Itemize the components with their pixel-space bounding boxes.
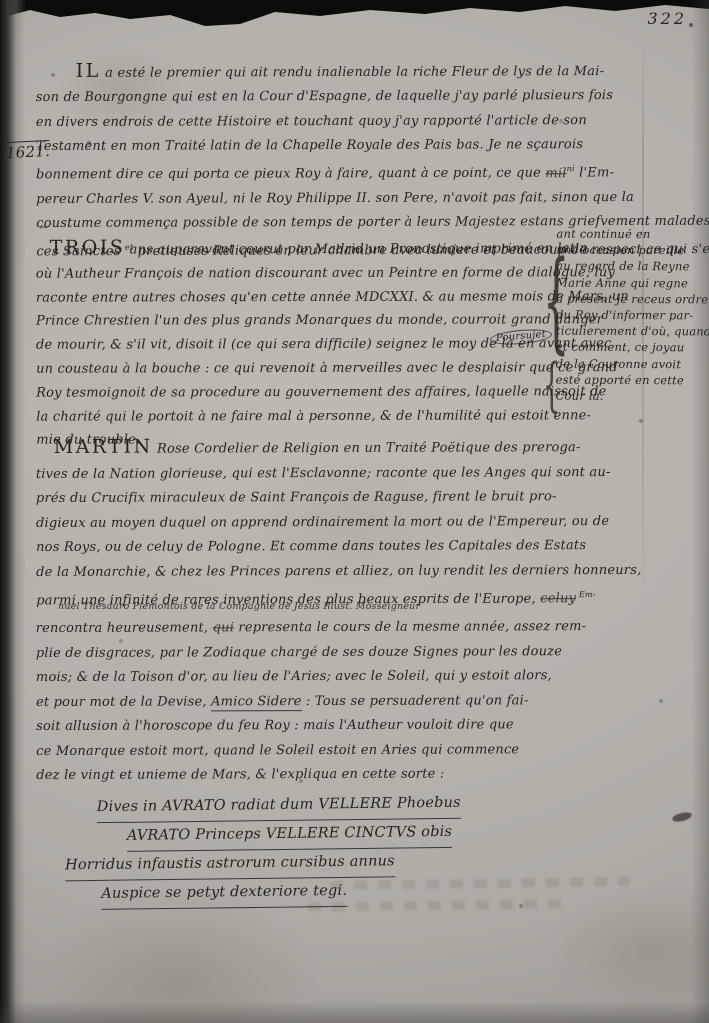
manuscript-line: un cousteau à la bouche : ce qui revenoi…: [36, 356, 560, 381]
manuscript-line: mois; & de la Toison d'or, au lieu de l'…: [36, 664, 621, 691]
margin-note-line: du Roy d'informer par-: [556, 307, 706, 324]
manuscript-line: TROIS ans auparavant courut par Madrid u…: [36, 235, 560, 262]
manuscript-line-text: a esté le premier qui ait rendu inaliena…: [101, 64, 604, 81]
manuscript-line: tives de la Nation glorieuse, qui est l'…: [36, 460, 621, 487]
manuscript-line: raconte entre autres choses qu'en cette …: [36, 285, 560, 310]
margin-note-line: une occasion pareille: [556, 242, 706, 259]
manuscript-line: soit allusion à l'horoscope du feu Roy :…: [36, 713, 621, 740]
manuscript-segment: l'Em-: [575, 166, 614, 181]
verse-line: Horridus infaustis astrorum cursibus ann…: [65, 849, 461, 881]
manuscript-segment: ni: [567, 164, 575, 173]
margin-note-line: au regard de la Reyne: [556, 258, 706, 275]
manuscript-line: rencontra heureusement, qui representa l…: [36, 615, 621, 642]
manuscript-segment: : Tous se persuaderent qu'on fai-: [302, 693, 529, 709]
verse-lines: Dives in AVRATO radiat dum VELLERE Phoeb…: [85, 791, 462, 910]
manuscript-line-text: ans auparavant courut par Madrid un Pron…: [125, 241, 588, 257]
manuscript-line: de mourir, & s'il vit, disoit il (ce qui…: [36, 333, 560, 358]
manuscript-line: IL a esté le premier qui ait rendu inali…: [36, 57, 636, 86]
paragraph-trois: TROIS ans auparavant courut par Madrid u…: [36, 235, 561, 453]
paragraph-lead: MARTIN: [54, 436, 153, 458]
manuscript-page: 322 1621. ~ IL a esté le premier qui ait…: [0, 0, 709, 1023]
manuscript-line: plie de disgraces, par le Zodiaque charg…: [36, 639, 621, 666]
paragraph-lines: rencontra heureusement, qui representa l…: [36, 615, 622, 789]
manuscript-line: Roy tesmoignoit de sa procedure au gouve…: [36, 380, 560, 405]
manuscript-line-text: Rose Cordelier de Religion en un Traité …: [153, 440, 581, 456]
margin-note-line: de la Couronne avoit: [556, 355, 706, 372]
bottom-page-shadow: [0, 1001, 709, 1023]
manuscript-line: digieux au moyen duquel on apprend ordin…: [36, 509, 621, 536]
manuscript-segment: qui: [213, 620, 235, 635]
verse-text: Horridus infaustis astrorum cursibus ann…: [65, 848, 395, 881]
top-scan-edge: [0, 0, 709, 30]
manuscript-line: où l'Autheur François de nation discoura…: [36, 261, 560, 286]
page-number: 322: [647, 9, 687, 28]
manuscript-line: la charité qui le portoit à ne faire mal…: [36, 404, 560, 429]
paragraph-lines: tives de la Nation glorieuse, qui est l'…: [36, 460, 622, 613]
manuscript-line: son de Bourgongne qui est en la Cour d'E…: [36, 84, 636, 110]
paragraph-martin-continued: rencontra heureusement, qui representa l…: [36, 615, 622, 789]
margin-note-line: et comment, ce joyau: [556, 339, 706, 356]
margin-note: ant continué enune occasion pareilleau r…: [556, 226, 707, 405]
manuscript-line: de la Monarchie, & chez les Princes pare…: [36, 558, 621, 585]
verse-text: Auspice se petyt dexteriore tegi.: [101, 878, 347, 910]
margin-note-lines: ant continué enune occasion pareilleau r…: [556, 226, 707, 405]
manuscript-line: coustume commença possible de son temps …: [36, 210, 636, 236]
manuscript-segment: Em-: [576, 590, 596, 599]
manuscript-line: nos Roys, ou de celuy de Pologne. Et com…: [36, 534, 621, 561]
interlinear-note: nuel Thesauro Piemontois de la Compagnie…: [58, 601, 420, 612]
paragraph-lead: IL: [76, 60, 101, 82]
manuscript-line: prés du Crucifix miraculeux de Saint Fra…: [36, 485, 621, 512]
paragraph-il: IL a esté le premier qui ait rendu inali…: [36, 57, 637, 265]
margin-note-line: ant continué en: [556, 226, 706, 243]
ink-smudge: [671, 811, 692, 824]
manuscript-line: ce Monarque estoit mort, quand le Soleil…: [36, 737, 621, 764]
manuscript-segment: Amico Sidere: [211, 694, 302, 711]
margin-note-line: à present je receus ordre: [556, 290, 706, 307]
margin-note-line: esté apporté en cette: [556, 371, 706, 388]
paragraph-martin: MARTIN Rose Cordelier de Religion en un …: [36, 433, 622, 614]
manuscript-segment: representa le cours de la mesme année, a…: [234, 619, 586, 635]
margin-note-line: ticulierement d'où, quand,: [556, 323, 706, 340]
manuscript-line: bonnement dire ce qui porta ce pieux Roy…: [36, 157, 636, 188]
manuscript-line: MARTIN Rose Cordelier de Religion en un …: [36, 433, 621, 463]
margin-note-line: Marie Anne qui regne: [556, 274, 706, 291]
paragraph-lead: TROIS: [50, 236, 126, 258]
manuscript-segment: mil: [545, 166, 566, 181]
right-page-shadow: [691, 0, 709, 1023]
manuscript-segment: et pour mot de la Devise,: [36, 694, 211, 710]
verse-line: Dives in AVRATO radiat dum VELLERE Phoeb…: [97, 791, 461, 823]
manuscript-segment: rencontra heureusement,: [36, 620, 213, 636]
manuscript-line: Prince Chrestien l'un des plus grands Mo…: [36, 309, 560, 334]
margin-note-line: Cour là.: [556, 388, 706, 405]
manuscript-line: dez le vingt et unieme de Mars, & l'expl…: [36, 762, 621, 789]
verse-text: Dives in AVRATO radiat dum VELLERE Phoeb…: [97, 790, 461, 823]
manuscript-line: pereur Charles V. son Ayeul, ni le Roy P…: [36, 186, 636, 212]
manuscript-segment: celuy: [540, 591, 576, 606]
verse-line: Auspice se petyt dexteriore tegi.: [101, 878, 461, 910]
paragraph-lines: où l'Autheur François de nation discoura…: [36, 261, 560, 453]
verse-line: AVRATO Princeps VELLERE CINCTVS obis: [127, 820, 461, 851]
ink-specks: [0, 0, 2, 2]
manuscript-segment: bonnement dire ce qui porta ce pieux Roy…: [36, 166, 545, 183]
manuscript-line: et pour mot de la Devise, Amico Sidere :…: [36, 688, 621, 715]
verse-text: AVRATO Princeps VELLERE CINCTVS obis: [127, 819, 453, 852]
latin-verses: Dives in AVRATO radiat dum VELLERE Phoeb…: [85, 791, 462, 910]
manuscript-line: Testament en mon Traité latin de la Chap…: [36, 133, 636, 159]
manuscript-line: en divers endrois de cette Histoire et t…: [36, 109, 636, 135]
